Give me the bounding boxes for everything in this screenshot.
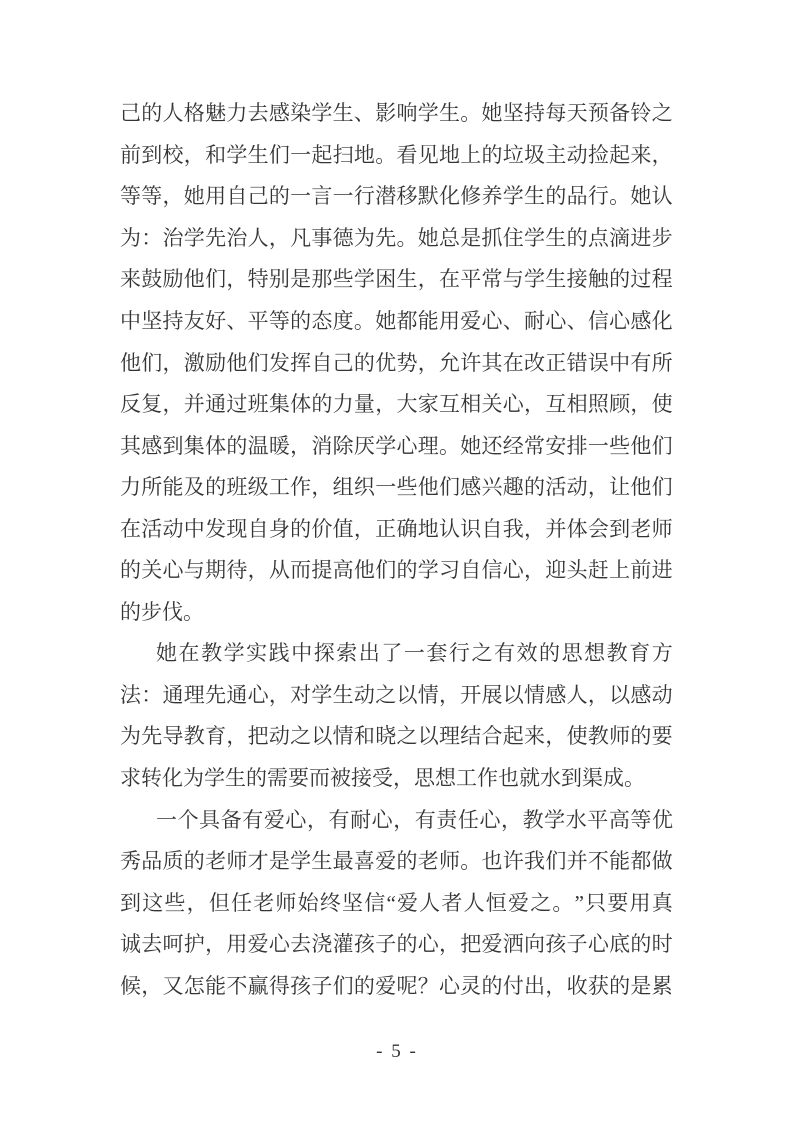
text-line: 他们，激励他们发挥自己的优势，允许其在改正错误中有所 bbox=[120, 342, 673, 384]
text-line-paragraph-start: 一个具备有爱心，有耐心，有责任心，教学水平高等优 bbox=[120, 799, 673, 841]
text-line: 反复，并通过班集体的力量，大家互相关心，互相照顾，使 bbox=[120, 384, 673, 426]
text-line: 为先导教育，把动之以情和晓之以理结合起来，使教师的要 bbox=[120, 716, 673, 758]
text-line: 秀品质的老师才是学生最喜爱的老师。也许我们并不能都做 bbox=[120, 841, 673, 883]
text-line: 到这些，但任老师始终坚信“爱人者人恒爱之。”只要用真 bbox=[120, 882, 673, 924]
document-page: 己的人格魅力去感染学生、影响学生。她坚持每天预备铃之 前到校，和学生们一起扫地。… bbox=[0, 0, 794, 1123]
text-line: 候，又怎能不赢得孩子们的爱呢？心灵的付出，收获的是累 bbox=[120, 965, 673, 1007]
text-line: 诚去呵护，用爱心去浇灌孩子的心，把爱洒向孩子心底的时 bbox=[120, 924, 673, 966]
text-line: 中坚持友好、平等的态度。她都能用爱心、耐心、信心感化 bbox=[120, 301, 673, 343]
text-line-paragraph-end: 的步伐。 bbox=[120, 592, 673, 634]
page-number: - 5 - bbox=[0, 1041, 794, 1063]
text-line: 法：通理先通心，对学生动之以情，开展以情感人，以感动 bbox=[120, 675, 673, 717]
text-line: 其感到集体的温暖，消除厌学心理。她还经常安排一些他们 bbox=[120, 425, 673, 467]
text-line: 前到校，和学生们一起扫地。看见地上的垃圾主动捡起来， bbox=[120, 135, 673, 177]
text-line: 来鼓励他们，特别是那些学困生，在平常与学生接触的过程 bbox=[120, 259, 673, 301]
text-line: 己的人格魅力去感染学生、影响学生。她坚持每天预备铃之 bbox=[120, 93, 673, 135]
text-line-paragraph-end: 求转化为学生的需要而被接受，思想工作也就水到渠成。 bbox=[120, 758, 673, 800]
text-line: 为：治学先治人，凡事德为先。她总是抓住学生的点滴进步 bbox=[120, 218, 673, 260]
text-line-paragraph-start: 她在教学实践中探索出了一套行之有效的思想教育方 bbox=[120, 633, 673, 675]
text-line: 的关心与期待，从而提高他们的学习自信心，迎头赶上前进 bbox=[120, 550, 673, 592]
text-line: 力所能及的班级工作，组织一些他们感兴趣的活动，让他们 bbox=[120, 467, 673, 509]
text-line: 在活动中发现自身的价值，正确地认识自我，并体会到老师 bbox=[120, 508, 673, 550]
text-line: 等等，她用自己的一言一行潜移默化修养学生的品行。她认 bbox=[120, 176, 673, 218]
body-text: 己的人格魅力去感染学生、影响学生。她坚持每天预备铃之 前到校，和学生们一起扫地。… bbox=[120, 93, 673, 1007]
